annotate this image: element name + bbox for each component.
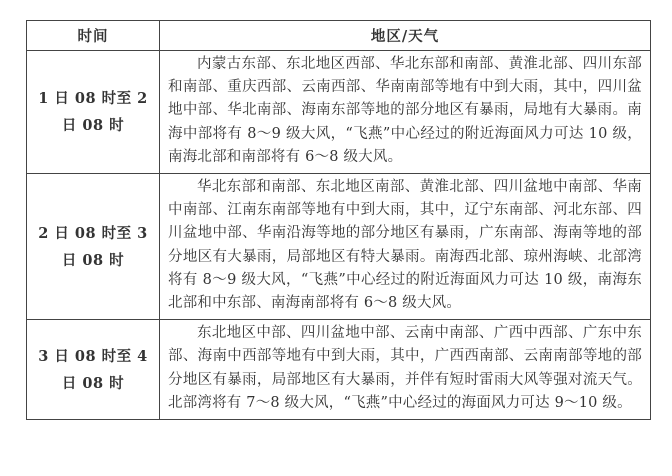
weather-text-day2: 华北东部和南部、东北地区南部、黄淮北部、四川盆地中南部、华南中南部、江南东南部等… xyxy=(168,176,642,315)
time-column-header: 时间 xyxy=(27,21,160,51)
weather-forecast-table: 时间 地区/天气 1 日 08 时至 2 日 08 时 内蒙古东部、东北地区西部… xyxy=(26,20,651,420)
table-row: 3 日 08 时至 4 日 08 时 东北地区中部、四川盆地中部、云南中南部、广… xyxy=(27,320,651,420)
table-header-row: 时间 地区/天气 xyxy=(27,21,651,51)
weather-bulletin-page: 时间 地区/天气 1 日 08 时至 2 日 08 时 内蒙古东部、东北地区西部… xyxy=(0,0,672,476)
region-weather-column-header: 地区/天气 xyxy=(160,21,651,51)
table-row: 1 日 08 时至 2 日 08 时 内蒙古东部、东北地区西部、华北东部和南部、… xyxy=(27,51,651,174)
table-row: 2 日 08 时至 3 日 08 时 华北东部和南部、东北地区南部、黄淮北部、四… xyxy=(27,174,651,320)
time-range-day1: 1 日 08 时至 2 日 08 时 xyxy=(27,51,160,174)
weather-description-day2: 华北东部和南部、东北地区南部、黄淮北部、四川盆地中南部、华南中南部、江南东南部等… xyxy=(160,174,651,320)
weather-text-day3: 东北地区中部、四川盆地中部、云南中南部、广西中西部、广东中东部、海南中西部等地有… xyxy=(168,322,642,415)
time-range-day2: 2 日 08 时至 3 日 08 时 xyxy=(27,174,160,320)
time-range-day3: 3 日 08 时至 4 日 08 时 xyxy=(27,320,160,420)
weather-text-day1: 内蒙古东部、东北地区西部、华北东部和南部、黄淮北部、四川东部和南部、重庆西部、云… xyxy=(168,53,642,169)
weather-description-day3: 东北地区中部、四川盆地中部、云南中南部、广西中西部、广东中东部、海南中西部等地有… xyxy=(160,320,651,420)
weather-description-day1: 内蒙古东部、东北地区西部、华北东部和南部、黄淮北部、四川东部和南部、重庆西部、云… xyxy=(160,51,651,174)
